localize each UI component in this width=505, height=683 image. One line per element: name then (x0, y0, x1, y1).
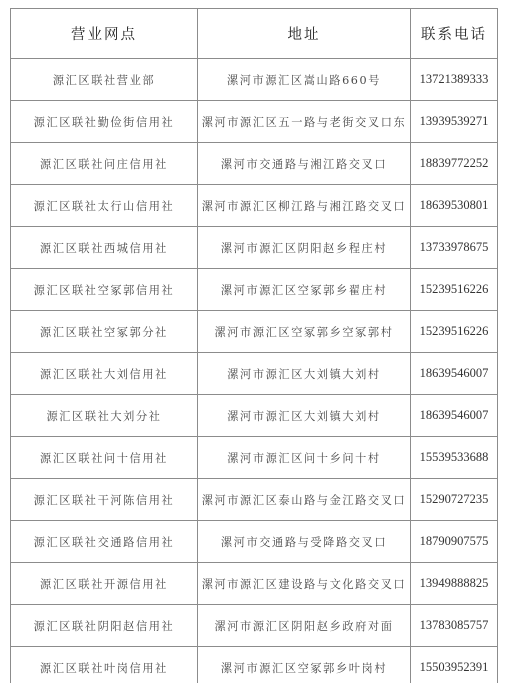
address-cell: 漯河市源汇区柳江路与湘江路交叉口 (198, 185, 411, 227)
branch-cell: 源汇区联社大刘信用社 (11, 353, 198, 395)
table-row: 源汇区联社叶岗信用社漯河市源汇区空冢郭乡叶岗村15503952391 (11, 647, 498, 683)
table-row: 源汇区联社空冢郭信用社漯河市源汇区空冢郭乡翟庄村15239516226 (11, 269, 498, 311)
address-cell: 漯河市源汇区问十乡问十村 (198, 437, 411, 479)
branch-cell: 源汇区联社空冢郭分社 (11, 311, 198, 353)
branch-cell: 源汇区联社空冢郭信用社 (11, 269, 198, 311)
header-phone: 联系电话 (411, 9, 498, 59)
branch-cell: 源汇区联社叶岗信用社 (11, 647, 198, 683)
branch-cell: 源汇区联社问十信用社 (11, 437, 198, 479)
address-cell: 漯河市交通路与受降路交叉口 (198, 521, 411, 563)
address-cell: 漯河市源汇区泰山路与金江路交叉口 (198, 479, 411, 521)
phone-cell: 13949888825 (411, 563, 498, 605)
phone-cell: 13783085757 (411, 605, 498, 647)
phone-cell: 15503952391 (411, 647, 498, 683)
phone-cell: 15239516226 (411, 311, 498, 353)
address-cell: 漯河市源汇区空冢郭乡空冢郭村 (198, 311, 411, 353)
table-header-row: 营业网点 地址 联系电话 (11, 9, 498, 59)
branch-cell: 源汇区联社阴阳赵信用社 (11, 605, 198, 647)
phone-cell: 18839772252 (411, 143, 498, 185)
phone-cell: 15290727235 (411, 479, 498, 521)
table-row: 源汇区联社大刘分社漯河市源汇区大刘镇大刘村18639546007 (11, 395, 498, 437)
table-row: 源汇区联社勤俭街信用社漯河市源汇区五一路与老街交叉口东13939539271 (11, 101, 498, 143)
address-cell: 漯河市源汇区大刘镇大刘村 (198, 353, 411, 395)
address-cell: 漯河市交通路与湘江路交叉口 (198, 143, 411, 185)
header-address: 地址 (198, 9, 411, 59)
table-row: 源汇区联社交通路信用社漯河市交通路与受降路交叉口18790907575 (11, 521, 498, 563)
branch-cell: 源汇区联社西城信用社 (11, 227, 198, 269)
table-row: 源汇区联社开源信用社漯河市源汇区建设路与文化路交叉口13949888825 (11, 563, 498, 605)
table-row: 源汇区联社营业部漯河市源汇区嵩山路660号13721389333 (11, 59, 498, 101)
phone-cell: 13939539271 (411, 101, 498, 143)
branch-cell: 源汇区联社勤俭街信用社 (11, 101, 198, 143)
address-cell: 漯河市源汇区建设路与文化路交叉口 (198, 563, 411, 605)
address-cell: 漯河市源汇区阴阳赵乡政府对面 (198, 605, 411, 647)
table-row: 源汇区联社空冢郭分社漯河市源汇区空冢郭乡空冢郭村15239516226 (11, 311, 498, 353)
address-cell: 漯河市源汇区阴阳赵乡程庄村 (198, 227, 411, 269)
address-cell: 漯河市源汇区空冢郭乡叶岗村 (198, 647, 411, 683)
address-cell: 漯河市源汇区嵩山路660号 (198, 59, 411, 101)
address-cell: 漯河市源汇区大刘镇大刘村 (198, 395, 411, 437)
phone-cell: 13733978675 (411, 227, 498, 269)
header-branch: 营业网点 (11, 9, 198, 59)
branch-cell: 源汇区联社问庄信用社 (11, 143, 198, 185)
table-row: 源汇区联社阴阳赵信用社漯河市源汇区阴阳赵乡政府对面13783085757 (11, 605, 498, 647)
branch-cell: 源汇区联社开源信用社 (11, 563, 198, 605)
phone-cell: 18790907575 (411, 521, 498, 563)
branch-cell: 源汇区联社大刘分社 (11, 395, 198, 437)
branch-cell: 源汇区联社太行山信用社 (11, 185, 198, 227)
phone-cell: 18639530801 (411, 185, 498, 227)
table-row: 源汇区联社西城信用社漯河市源汇区阴阳赵乡程庄村13733978675 (11, 227, 498, 269)
branch-cell: 源汇区联社营业部 (11, 59, 198, 101)
phone-cell: 15539533688 (411, 437, 498, 479)
branch-cell: 源汇区联社干河陈信用社 (11, 479, 198, 521)
phone-cell: 15239516226 (411, 269, 498, 311)
phone-cell: 13721389333 (411, 59, 498, 101)
address-cell: 漯河市源汇区空冢郭乡翟庄村 (198, 269, 411, 311)
table-row: 源汇区联社问庄信用社漯河市交通路与湘江路交叉口18839772252 (11, 143, 498, 185)
branch-cell: 源汇区联社交通路信用社 (11, 521, 198, 563)
phone-cell: 18639546007 (411, 353, 498, 395)
table-row: 源汇区联社太行山信用社漯河市源汇区柳江路与湘江路交叉口18639530801 (11, 185, 498, 227)
table-row: 源汇区联社干河陈信用社漯河市源汇区泰山路与金江路交叉口15290727235 (11, 479, 498, 521)
table-row: 源汇区联社大刘信用社漯河市源汇区大刘镇大刘村18639546007 (11, 353, 498, 395)
table-row: 源汇区联社问十信用社漯河市源汇区问十乡问十村15539533688 (11, 437, 498, 479)
phone-cell: 18639546007 (411, 395, 498, 437)
branch-contact-table: 营业网点 地址 联系电话 源汇区联社营业部漯河市源汇区嵩山路660号137213… (10, 8, 498, 683)
address-cell: 漯河市源汇区五一路与老街交叉口东 (198, 101, 411, 143)
